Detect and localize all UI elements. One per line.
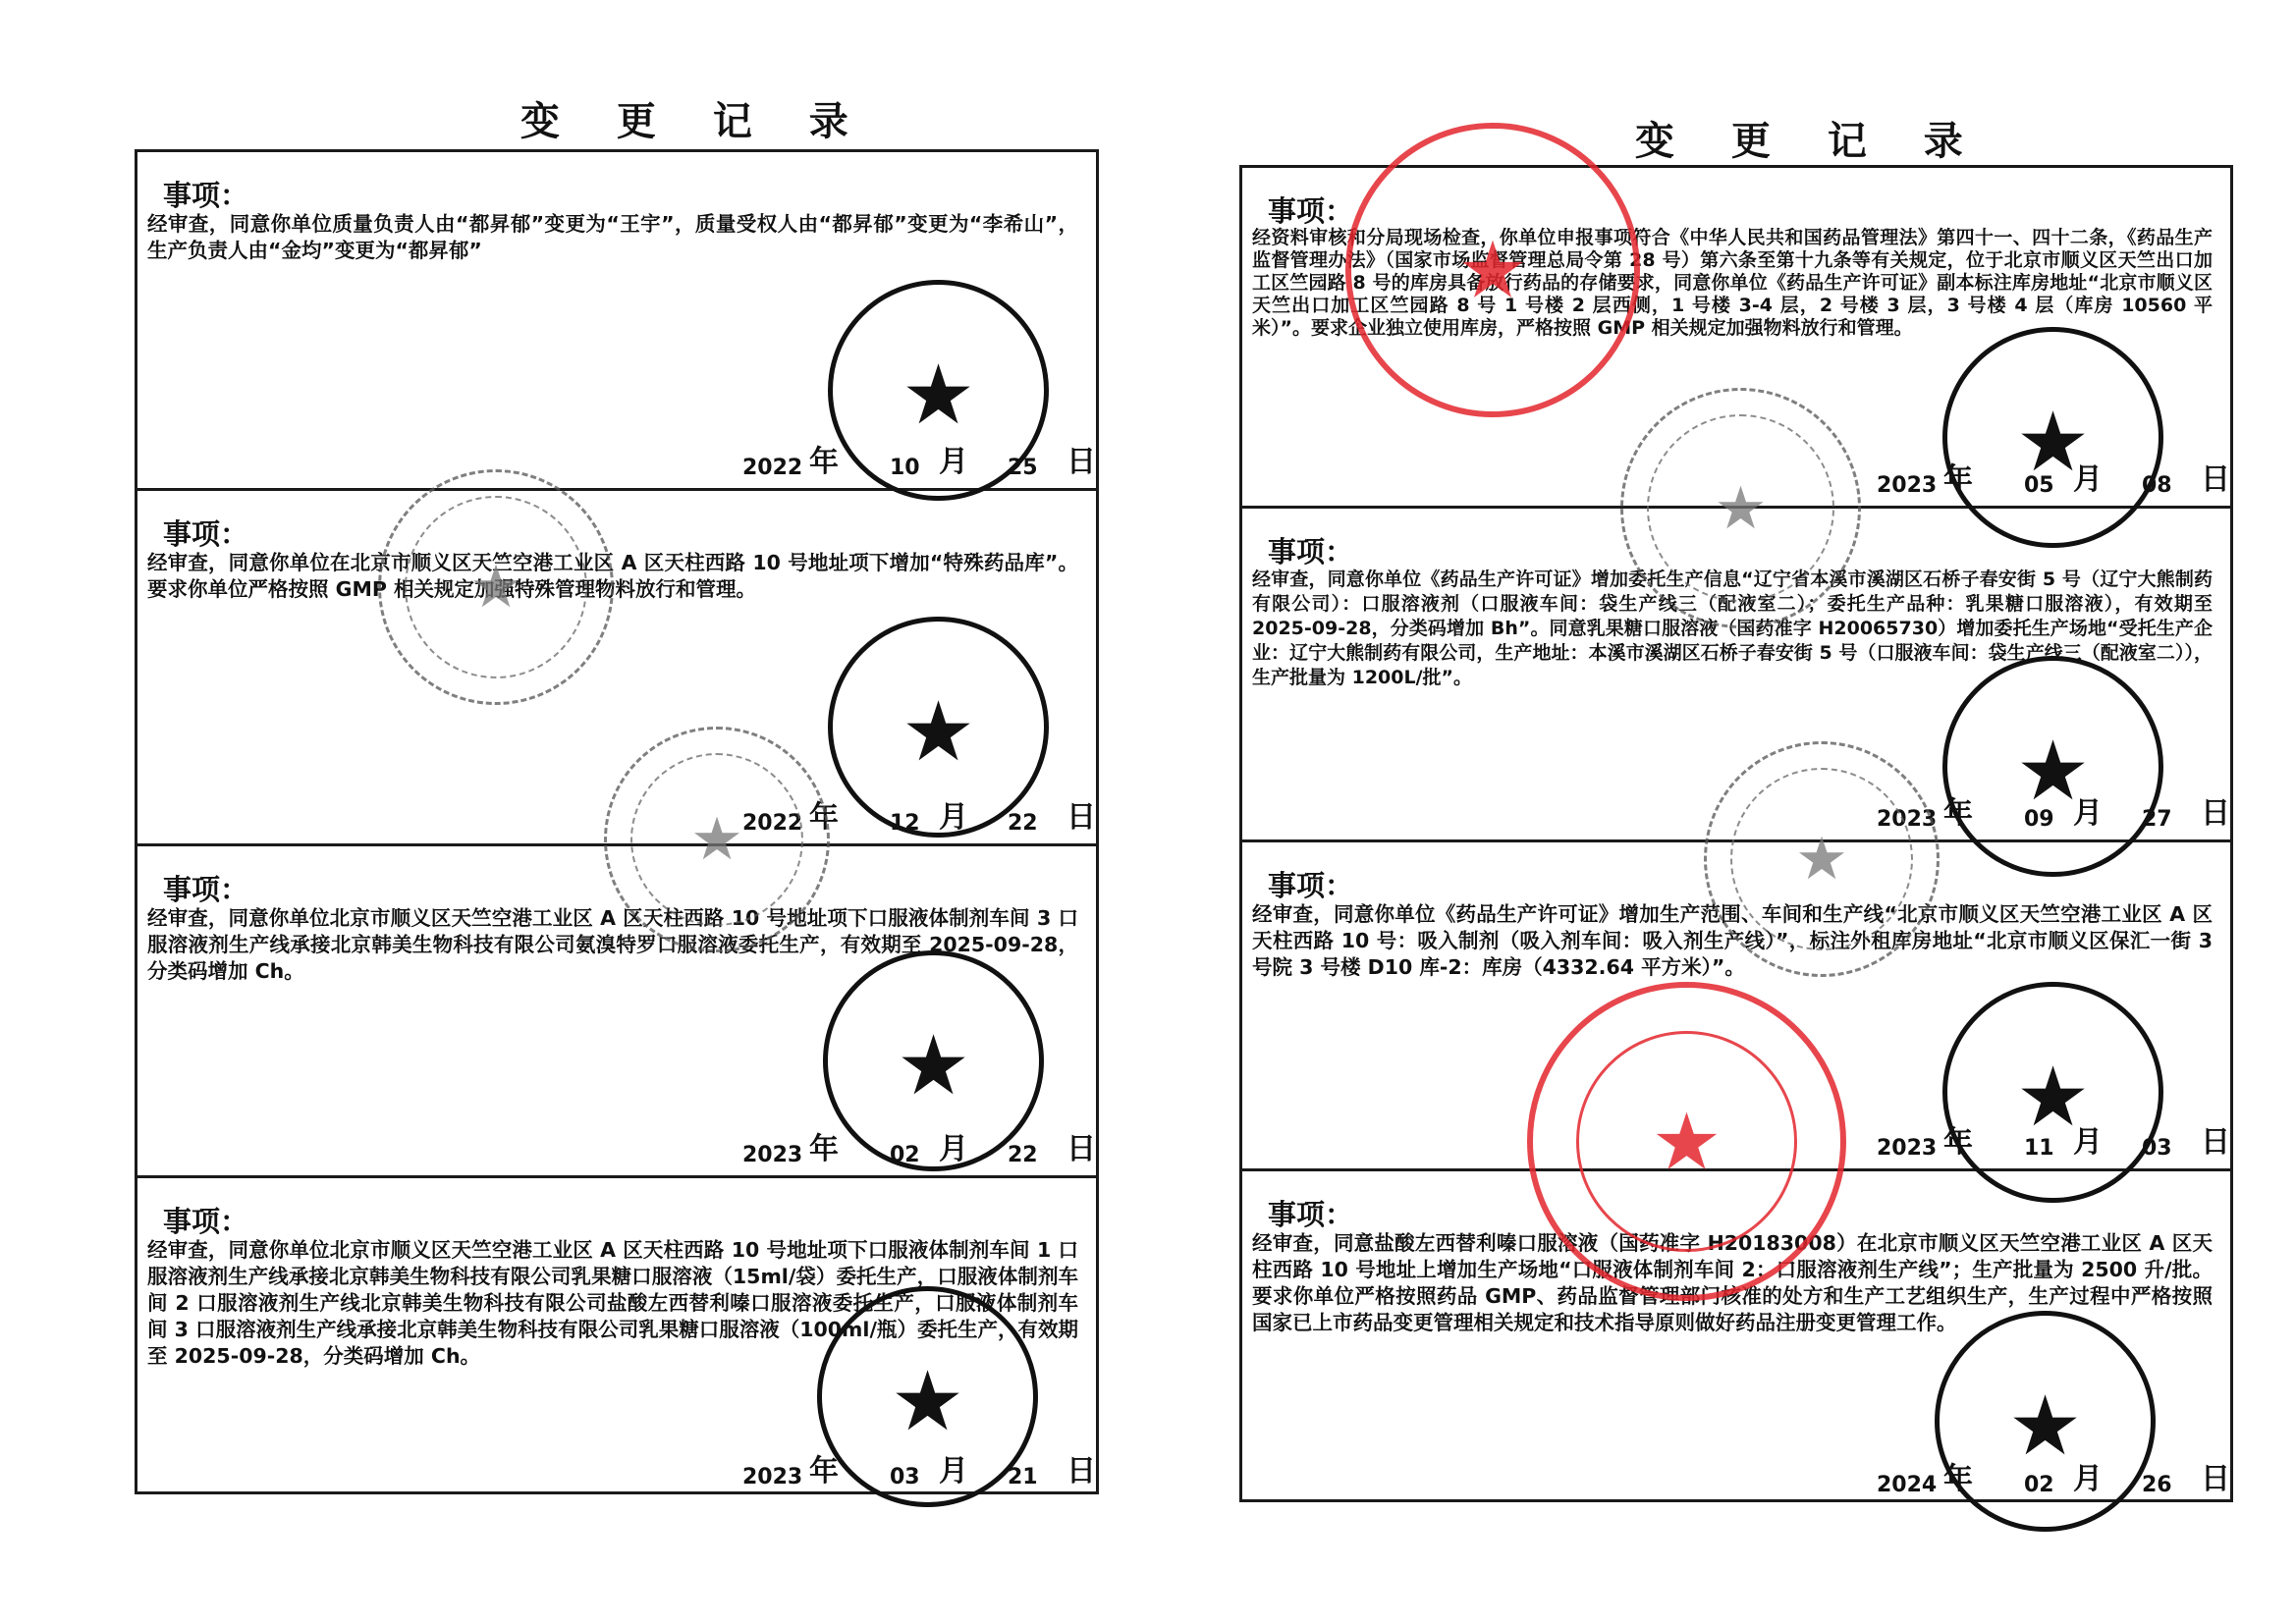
date-day: 03 <box>2142 1136 2172 1161</box>
change-record-2: 事项： 经审查，同意你单位《药品生产许可证》增加委托生产信息“辽宁省本溪市溪湖区… <box>1242 509 2230 842</box>
page-title-left: 变 更 记 录 <box>520 90 870 146</box>
month-unit: 月 <box>2073 455 2103 498</box>
date-month: 02 <box>2024 1473 2054 1497</box>
item-label: 事项： <box>1268 1193 1353 1233</box>
item-text: 经审查，同意你单位质量负责人由“都昇郁”变更为“王宇”，质量受权人由“都昇郁”变… <box>147 211 1078 264</box>
date-day: 26 <box>2142 1473 2172 1497</box>
date-month: 02 <box>890 1143 920 1167</box>
record-page-right: 事项： 经资料审核和分局现场检查，你单位申报事项符合《中华人民共和国药品管理法》… <box>1239 165 2233 1502</box>
item-label: 事项： <box>163 1200 248 1240</box>
change-record-3: 事项： 经审查，同意你单位北京市顺义区天竺空港工业区 A 区天柱西路 10 号地… <box>137 846 1096 1178</box>
item-label: 事项： <box>163 174 248 214</box>
item-text: 经资料审核和分局现场检查，你单位申报事项符合《中华人民共和国药品管理法》第四十一… <box>1252 227 2213 340</box>
day-unit: 日 <box>1066 1446 1096 1489</box>
date-month: 09 <box>2024 807 2054 832</box>
item-text: 经审查，同意你单位北京市顺义区天竺空港工业区 A 区天柱西路 10 号地址项下口… <box>147 905 1078 985</box>
month-unit: 月 <box>2073 788 2103 832</box>
year-unit: 年 <box>809 1446 839 1489</box>
approval-date: 2023 年 02 月 22 日 <box>742 1128 1096 1167</box>
item-label: 事项： <box>1268 189 1353 230</box>
approval-date: 2023 年 11 月 03 日 <box>1877 1121 2230 1161</box>
item-label: 事项： <box>163 868 248 908</box>
item-text: 经审查，同意你单位《药品生产许可证》增加生产范围、车间和生产线“北京市顺义区天竺… <box>1252 901 2213 981</box>
day-unit: 日 <box>1066 437 1096 480</box>
item-label: 事项： <box>163 513 248 553</box>
date-month: 05 <box>2024 473 2054 498</box>
date-day: 08 <box>2142 473 2172 498</box>
date-year: 2023 <box>1877 473 1937 498</box>
month-unit: 月 <box>939 1446 968 1489</box>
date-year: 2024 <box>1877 1473 1937 1497</box>
year-unit: 年 <box>809 437 839 480</box>
approval-date: 2024 年 02 月 26 日 <box>1877 1458 2230 1497</box>
item-text: 经审查，同意你单位北京市顺义区天竺空港工业区 A 区天柱西路 10 号地址项下口… <box>147 1237 1078 1370</box>
day-unit: 日 <box>1066 1124 1096 1167</box>
item-label: 事项： <box>1268 530 1353 570</box>
year-unit: 年 <box>1943 1454 1973 1497</box>
month-unit: 月 <box>939 792 968 836</box>
date-month: 12 <box>890 811 920 836</box>
date-month: 03 <box>890 1465 920 1489</box>
day-unit: 日 <box>1066 792 1096 836</box>
date-year: 2023 <box>742 1465 802 1489</box>
year-unit: 年 <box>1943 455 1973 498</box>
month-unit: 月 <box>939 437 968 480</box>
month-unit: 月 <box>2073 1117 2103 1161</box>
date-day: 22 <box>1008 1143 1038 1167</box>
item-text: 经审查，同意盐酸左西替利嗪口服溶液（国药准字 H20183008）在北京市顺义区… <box>1252 1230 2213 1336</box>
month-unit: 月 <box>2073 1454 2103 1497</box>
page-title-right: 变 更 记 录 <box>1635 110 1985 166</box>
approval-date: 2023 年 09 月 27 日 <box>1877 792 2230 832</box>
date-year: 2023 <box>742 1143 802 1167</box>
item-text: 经审查，同意你单位在北京市顺义区天竺空港工业区 A 区天柱西路 10 号地址项下… <box>147 550 1078 603</box>
approval-date: 2023 年 03 月 21 日 <box>742 1450 1096 1489</box>
month-unit: 月 <box>939 1124 968 1167</box>
date-day: 21 <box>1008 1465 1038 1489</box>
approval-date: 2022 年 12 月 22 日 <box>742 796 1096 836</box>
approval-date: 2022 年 10 月 25 日 <box>742 441 1096 480</box>
year-unit: 年 <box>809 792 839 836</box>
day-unit: 日 <box>2201 455 2230 498</box>
year-unit: 年 <box>1943 1117 1973 1161</box>
change-record-1: 事项： 经资料审核和分局现场检查，你单位申报事项符合《中华人民共和国药品管理法》… <box>1242 168 2230 509</box>
date-year: 2022 <box>742 811 802 836</box>
date-year: 2022 <box>742 456 802 480</box>
item-label: 事项： <box>1268 864 1353 904</box>
date-year: 2023 <box>1877 1136 1937 1161</box>
date-month: 10 <box>890 456 920 480</box>
day-unit: 日 <box>2201 788 2230 832</box>
date-day: 25 <box>1008 456 1038 480</box>
change-record-3: 事项： 经审查，同意你单位《药品生产许可证》增加生产范围、车间和生产线“北京市顺… <box>1242 842 2230 1171</box>
change-record-4: 事项： 经审查，同意你单位北京市顺义区天竺空港工业区 A 区天柱西路 10 号地… <box>137 1178 1096 1497</box>
item-text: 经审查，同意你单位《药品生产许可证》增加委托生产信息“辽宁省本溪市溪湖区石桥子春… <box>1252 568 2213 690</box>
date-day: 27 <box>2142 807 2172 832</box>
day-unit: 日 <box>2201 1117 2230 1161</box>
record-page-left: 事项： 经审查，同意你单位质量负责人由“都昇郁”变更为“王宇”，质量受权人由“都… <box>135 149 1099 1494</box>
year-unit: 年 <box>809 1124 839 1167</box>
year-unit: 年 <box>1943 788 1973 832</box>
change-record-1: 事项： 经审查，同意你单位质量负责人由“都昇郁”变更为“王宇”，质量受权人由“都… <box>137 152 1096 491</box>
date-day: 22 <box>1008 811 1038 836</box>
approval-date: 2023 年 05 月 08 日 <box>1877 459 2230 498</box>
change-record-2: 事项： 经审查，同意你单位在北京市顺义区天竺空港工业区 A 区天柱西路 10 号… <box>137 491 1096 846</box>
date-year: 2023 <box>1877 807 1937 832</box>
day-unit: 日 <box>2201 1454 2230 1497</box>
date-month: 11 <box>2024 1136 2054 1161</box>
change-record-4: 事项： 经审查，同意盐酸左西替利嗪口服溶液（国药准字 H20183008）在北京… <box>1242 1171 2230 1505</box>
